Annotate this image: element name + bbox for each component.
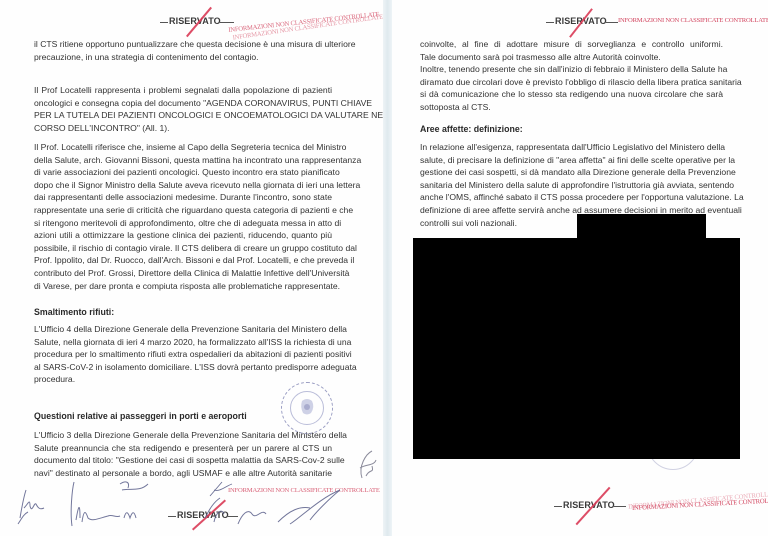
document-page-left: RISERVATO INFORMAZIONI NON CLASSIFICATE … [0,0,384,536]
text-line: oncologici e consegna copia del document… [34,97,332,110]
page-gutter [383,0,392,536]
text-line: di varie associazioni dei pazienti oncol… [34,166,332,179]
text-line: Salute preannuncia che sta redigendo e p… [34,442,332,455]
text-line: contributo del Prof. Grossi, Direttore d… [34,267,332,280]
heading-aree-affette: Aree affette: definizione: [420,124,523,134]
seal-emblem-icon [282,383,332,433]
handwritten-signatures [0,478,384,536]
document-page-right: RISERVATO INFORMAZIONI NON CLASSIFICATE … [392,0,768,536]
text-line: L'Ufficio 3 della Direzione Generale del… [34,429,332,442]
stamp-rule [606,22,618,23]
stamp-rule [554,506,562,507]
text-line: CORSO DELL'INCONTRO" (All. 1). [34,122,332,135]
handwritten-signature-margin [356,448,380,482]
text-line: Inoltre, tenendo presente che sin dall'i… [420,63,723,76]
text-line: Salute, nella giornata di ieri 4 marzo 2… [34,336,332,349]
text-line: dopo che il Signor Ministro della Salute… [34,179,332,192]
text-line: si dà comunicazione che lo stesso sta re… [420,88,723,101]
stamp-rule [160,22,168,23]
text-line: diramato due circolari dove è previsto l… [420,76,723,89]
stamp-rule [546,22,554,23]
text-line: Prof. Ippolito, dal Dr. Ruocco, dall'Arc… [34,254,332,267]
classification-label: INFORMAZIONI NON CLASSIFICATE CONTROLLAT… [618,17,768,24]
text-line: anche l'OMS, affinché sabato il CTS poss… [420,191,723,204]
text-line: procedura per lo smaltimento rifiuti ext… [34,348,332,361]
paragraph-locatelli-documento: Il Prof Locatelli rappresenta i problemi… [34,84,332,134]
text-line: rappresentate una serie di criticità che… [34,204,332,217]
text-line: sottoposta al CTS. [420,101,723,114]
text-line: gestione dei casi sospetti, si dà mandat… [420,166,723,179]
redaction-block-main [413,238,740,459]
text-line: coinvolte, al fine di adottare misure di… [420,38,723,51]
text-line: In relazione all'esigenza, rappresentata… [420,141,723,154]
stamp-rule [614,506,626,507]
text-line: salute, di precisare la definizione di "… [420,154,723,167]
text-line: PER LA TUTELA DEI PAZIENTI ONCOLOGICI E … [34,109,332,122]
paragraph-locatelli-incontro: Il Prof. Locatelli riferisce che, insiem… [34,141,332,292]
riservato-stamp-bottom-right: RISERVATO INFORMAZIONI NON CLASSIFICATE … [554,497,768,517]
text-line: Il Prof. Locatelli riferisce che, insiem… [34,141,332,154]
text-line: L'Ufficio 4 della Direzione Generale del… [34,323,332,336]
text-line: Il Prof Locatelli rappresenta i problemi… [34,84,332,97]
text-line: si ritengono meritevoli di approfondimen… [34,217,332,230]
paragraph-circolari: coinvolte, al fine di adottare misure di… [420,38,723,114]
text-line: il CTS ritiene opportuno puntualizzare c… [34,38,332,51]
heading-smaltimento-rifiuti: Smaltimento rifiuti: [34,307,114,317]
text-line: sanitaria del Ministero della salute di … [420,179,723,192]
redaction-block-top [577,214,706,240]
riservato-stamp-top-left: RISERVATO INFORMAZIONI NON CLASSIFICATE … [160,13,380,33]
paragraph-smaltimento-rifiuti: L'Ufficio 4 della Direzione Generale del… [34,323,332,386]
text-line: documento dal titolo: "Gestione dei casi… [34,454,332,467]
text-line: dai rappresentanti delle associazioni me… [34,191,332,204]
official-seal-stamp [281,382,333,434]
text-line: Tale documento sarà poi trasmesso alle a… [420,51,723,64]
text-line: al SARS-CoV-2 in isolamento domiciliare.… [34,361,332,374]
heading-porti-aeroporti: Questioni relative ai passeggeri in port… [34,411,247,421]
text-line: della Salute, arch. Giovanni Bissoni, qu… [34,154,332,167]
riservato-stamp-top-right: RISERVATO INFORMAZIONI NON CLASSIFICATE … [546,13,766,33]
text-line: azioni utili a ottimizzare la gestione c… [34,229,332,242]
paragraph-cts-precaution: il CTS ritiene opportuno puntualizzare c… [34,38,332,63]
text-line: precauzione, in una strategia di conteni… [34,51,332,64]
stamp-rule [220,22,234,23]
paragraph-porti-aeroporti: L'Ufficio 3 della Direzione Generale del… [34,429,332,479]
text-line: possibile, il rischio di contagio virale… [34,242,332,255]
text-line: di Varese, per dare pronta e compiuta ri… [34,280,332,293]
